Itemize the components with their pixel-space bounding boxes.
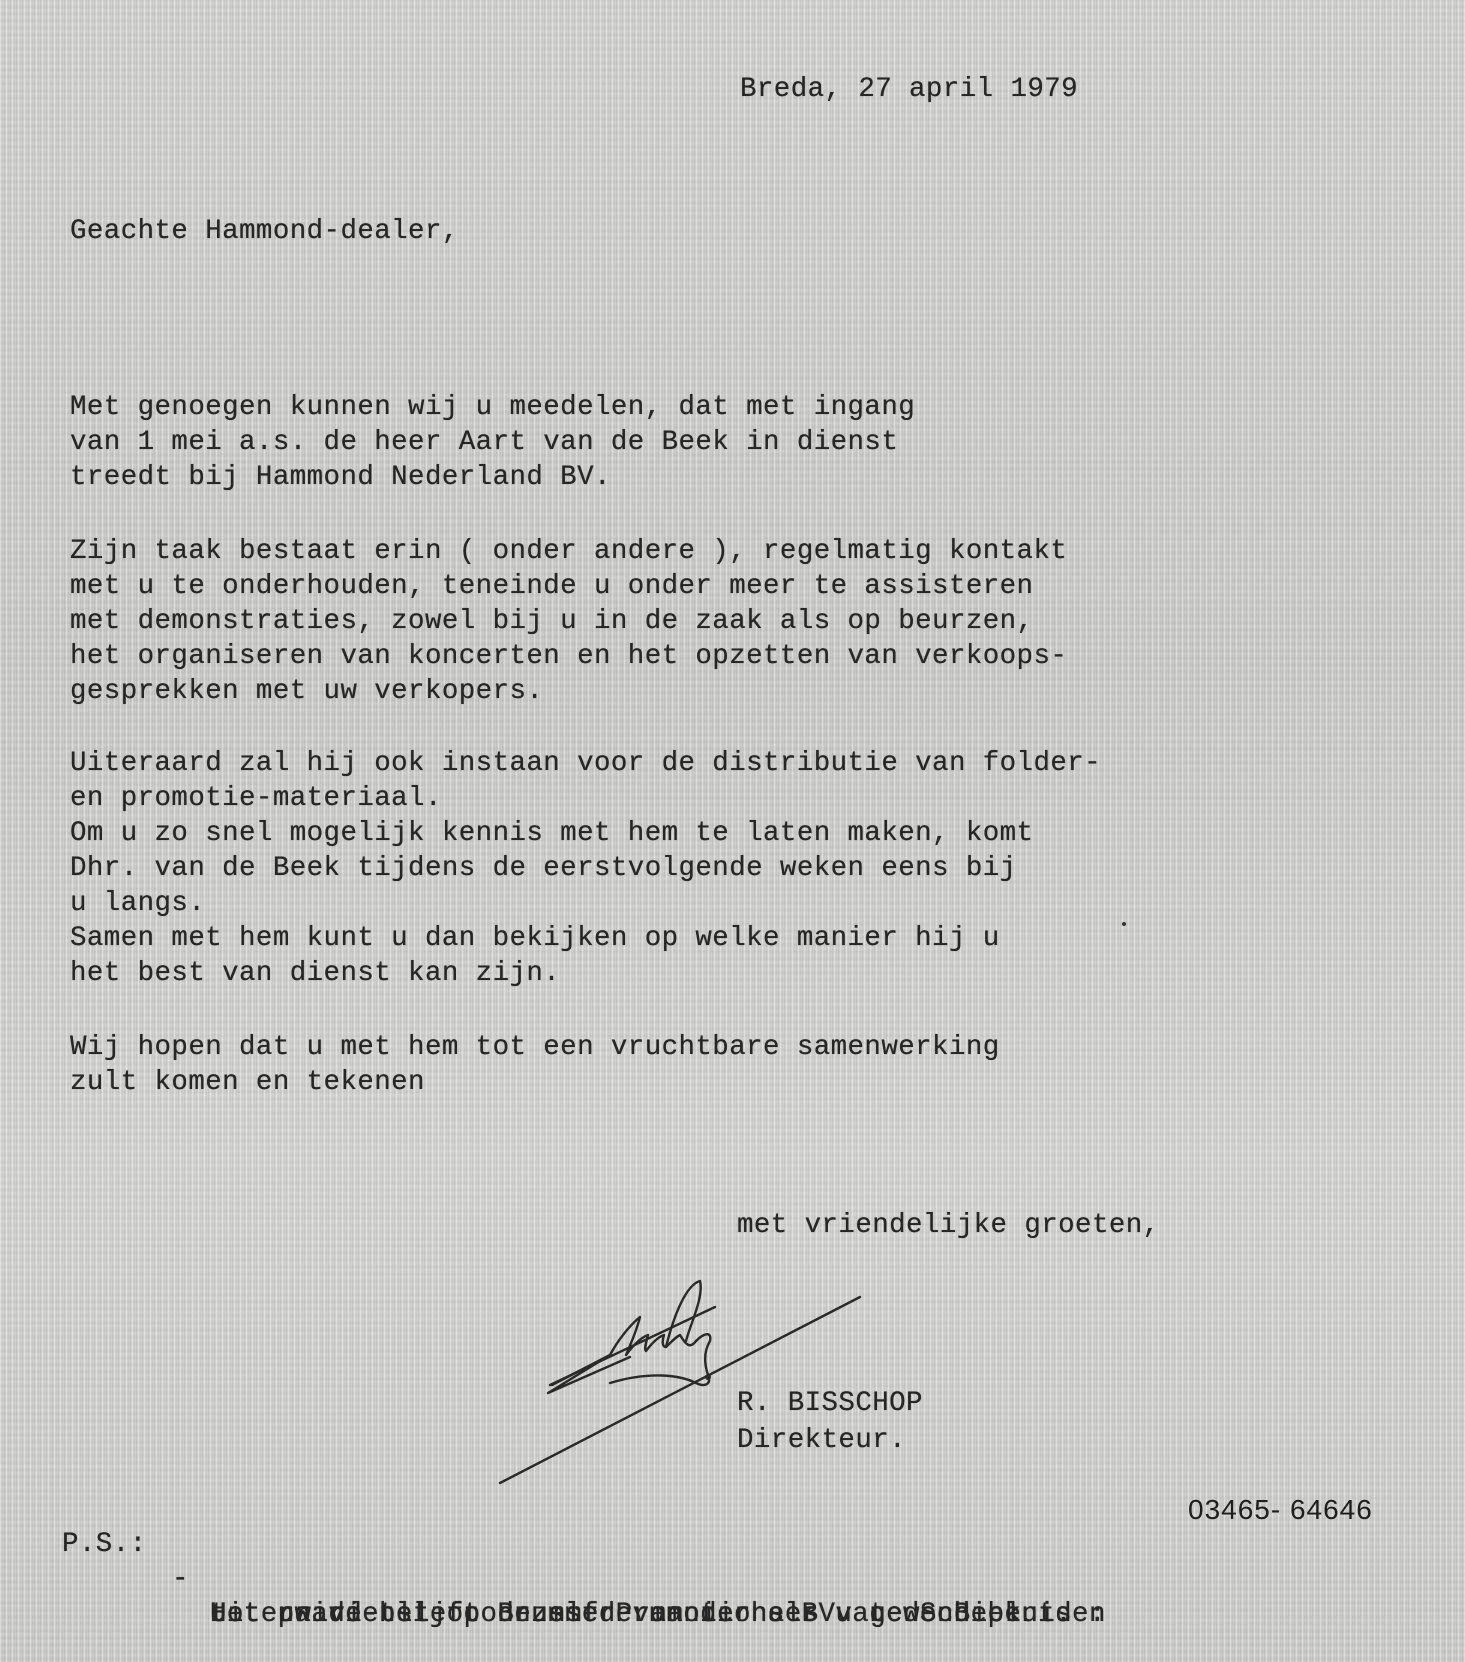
paragraph-line: zult komen en tekenen xyxy=(70,1065,1000,1100)
paragraph-line: Met genoegen kunnen wij u meedelen, dat … xyxy=(70,390,915,425)
paragraph-line: van 1 mei a.s. de heer Aart van de Beek … xyxy=(70,425,915,460)
paragraph-line: met u te onderhouden, teneinde u onder m… xyxy=(70,569,1067,604)
paragraph-closing-wish: Wij hopen dat u met hem tot een vruchtba… xyxy=(70,1030,1000,1100)
signatory-title: Direkteur. xyxy=(737,1423,906,1458)
closing-greeting: met vriendelijke groeten, xyxy=(737,1208,1160,1243)
paragraph-line: Zijn taak bestaat erin ( onder andere ),… xyxy=(70,534,1067,569)
paragraph-line: Dhr. van de Beek tijdens de eerstvolgend… xyxy=(70,851,1101,886)
paragraph-line: Samen met hem kunt u dan bekijken op wel… xyxy=(70,921,1101,956)
postscript-item: P.S.: - Het privé-telefoonnummer van de … xyxy=(62,1492,163,1527)
paragraph-line: Om u zo snel mogelijk kennis met hem te … xyxy=(70,816,1101,851)
paragraph-distribution-visit: Uiteraard zal hij ook instaan voor de di… xyxy=(70,746,1101,991)
paragraph-line: gesprekken met uw verkopers. xyxy=(70,674,1067,709)
paragraph-line: met demonstraties, zowel bij u in de zaa… xyxy=(70,604,1067,639)
letter-date: Breda, 27 april 1979 xyxy=(740,72,1078,107)
postscript-line: tot uw dienst op dezelfde manier als u g… xyxy=(210,1597,1072,1632)
paragraph-line: u langs. xyxy=(70,886,1101,921)
postscript-item: - Uiteraard blijft Brusse Promotions BV.… xyxy=(62,1527,163,1562)
typewritten-letter: Breda, 27 april 1979 Geachte Hammond-dea… xyxy=(0,0,1465,1662)
paragraph-announcement: Met genoegen kunnen wij u meedelen, dat … xyxy=(70,390,915,495)
signatory-name: R. BISSCHOP xyxy=(737,1386,923,1421)
bullet-dash: - xyxy=(172,1562,189,1597)
phone-number: 03465- 64646 xyxy=(1188,1492,1373,1527)
ink-speck xyxy=(1122,922,1126,926)
paragraph-line: en promotie-materiaal. xyxy=(70,781,1101,816)
paragraph-line: het organiseren van koncerten en het opz… xyxy=(70,639,1067,674)
paragraph-duties: Zijn taak bestaat erin ( onder andere ),… xyxy=(70,534,1067,709)
postscript-item-continuation: tot uw dienst op dezelfde manier als u g… xyxy=(62,1562,163,1597)
paragraph-line: Uiteraard zal hij ook instaan voor de di… xyxy=(70,746,1101,781)
paragraph-line: Wij hopen dat u met hem tot een vruchtba… xyxy=(70,1030,1000,1065)
postscript: P.S.: - Het privé-telefoonnummer van de … xyxy=(62,1492,163,1597)
salutation: Geachte Hammond-dealer, xyxy=(70,214,459,249)
paragraph-line: treedt bij Hammond Nederland BV. xyxy=(70,460,915,495)
paragraph-line: het best van dienst kan zijn. xyxy=(70,956,1101,991)
